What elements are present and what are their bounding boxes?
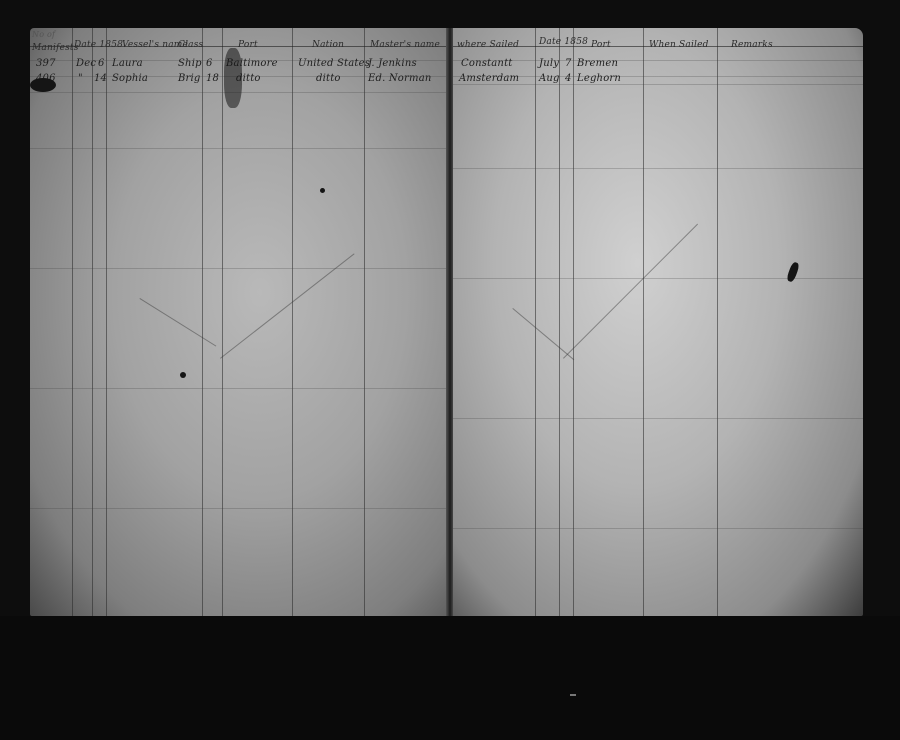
port: Bremen (577, 58, 618, 69)
ink-smudge (30, 78, 56, 92)
port: Leghorn (577, 73, 621, 84)
header-manifests: Manifests (32, 43, 79, 53)
header-port: Port (238, 40, 258, 50)
header-no-of: No of (32, 30, 55, 39)
header-class: Class (178, 40, 203, 50)
ink-spot (320, 188, 325, 193)
date-day: 14 (94, 73, 107, 84)
row-rule (453, 418, 863, 419)
vessel-name: Sophia (112, 73, 148, 84)
date-month: Dec (76, 58, 96, 69)
header-remarks: Remarks (731, 40, 773, 50)
ledger-right-page: where Sailed Date 1858 Port When Sailed … (453, 28, 863, 616)
header-where-sailed: where Sailed (457, 40, 519, 50)
ink-smudge (786, 261, 800, 283)
column-rule (364, 28, 365, 616)
nation: ditto (316, 73, 341, 84)
ink-spot (180, 372, 186, 378)
row-rule (30, 268, 448, 269)
row-rule (453, 168, 863, 169)
header-when-sailed: When Sailed (649, 40, 709, 50)
date-day: 6 (98, 58, 105, 69)
date-day: 4 (565, 73, 572, 84)
column-rule (106, 28, 107, 616)
tonnage: 6 (206, 58, 213, 69)
date-month: July (539, 58, 559, 69)
where-sailed: Amsterdam (459, 73, 519, 84)
vessel-name: Laura (112, 58, 143, 69)
manifest-number: 397 (36, 58, 56, 69)
row-rule (30, 148, 448, 149)
date-month: Aug (539, 73, 560, 84)
row-rule (30, 508, 448, 509)
column-rule (292, 28, 293, 616)
vessel-class: Ship (178, 58, 202, 69)
date-month: " (78, 73, 83, 84)
cancel-stroke (220, 253, 355, 358)
header-master: Master's name (370, 40, 440, 50)
header-nation: Nation (312, 40, 344, 50)
where-sailed: Constantt (461, 58, 513, 69)
row-rule (453, 84, 863, 85)
ink-smudge (224, 48, 242, 108)
film-margin (0, 616, 900, 740)
column-rule (92, 28, 93, 616)
row-rule (453, 60, 863, 61)
column-rule (72, 28, 73, 616)
header-date: Date 1858 (539, 37, 588, 47)
column-rule (202, 28, 203, 616)
row-rule (453, 528, 863, 529)
header-port: Port (591, 40, 611, 50)
header-date: Date 1858 (74, 40, 123, 50)
row-rule (453, 278, 863, 279)
master-name: J. Jenkins (368, 58, 417, 69)
tonnage: 18 (206, 73, 219, 84)
master-name: Ed. Norman (368, 73, 432, 84)
row-rule (30, 388, 448, 389)
vessel-class: Brig (178, 73, 201, 84)
cancel-stroke (139, 298, 216, 347)
cancel-stroke (563, 224, 698, 359)
cancel-stroke (512, 308, 574, 360)
film-artifact (570, 694, 576, 696)
nation: United States (298, 58, 370, 69)
ledger-left-page: No of Manifests Date 1858 Vessel's name … (30, 28, 448, 616)
date-day: 7 (565, 58, 572, 69)
column-rule (222, 28, 223, 616)
